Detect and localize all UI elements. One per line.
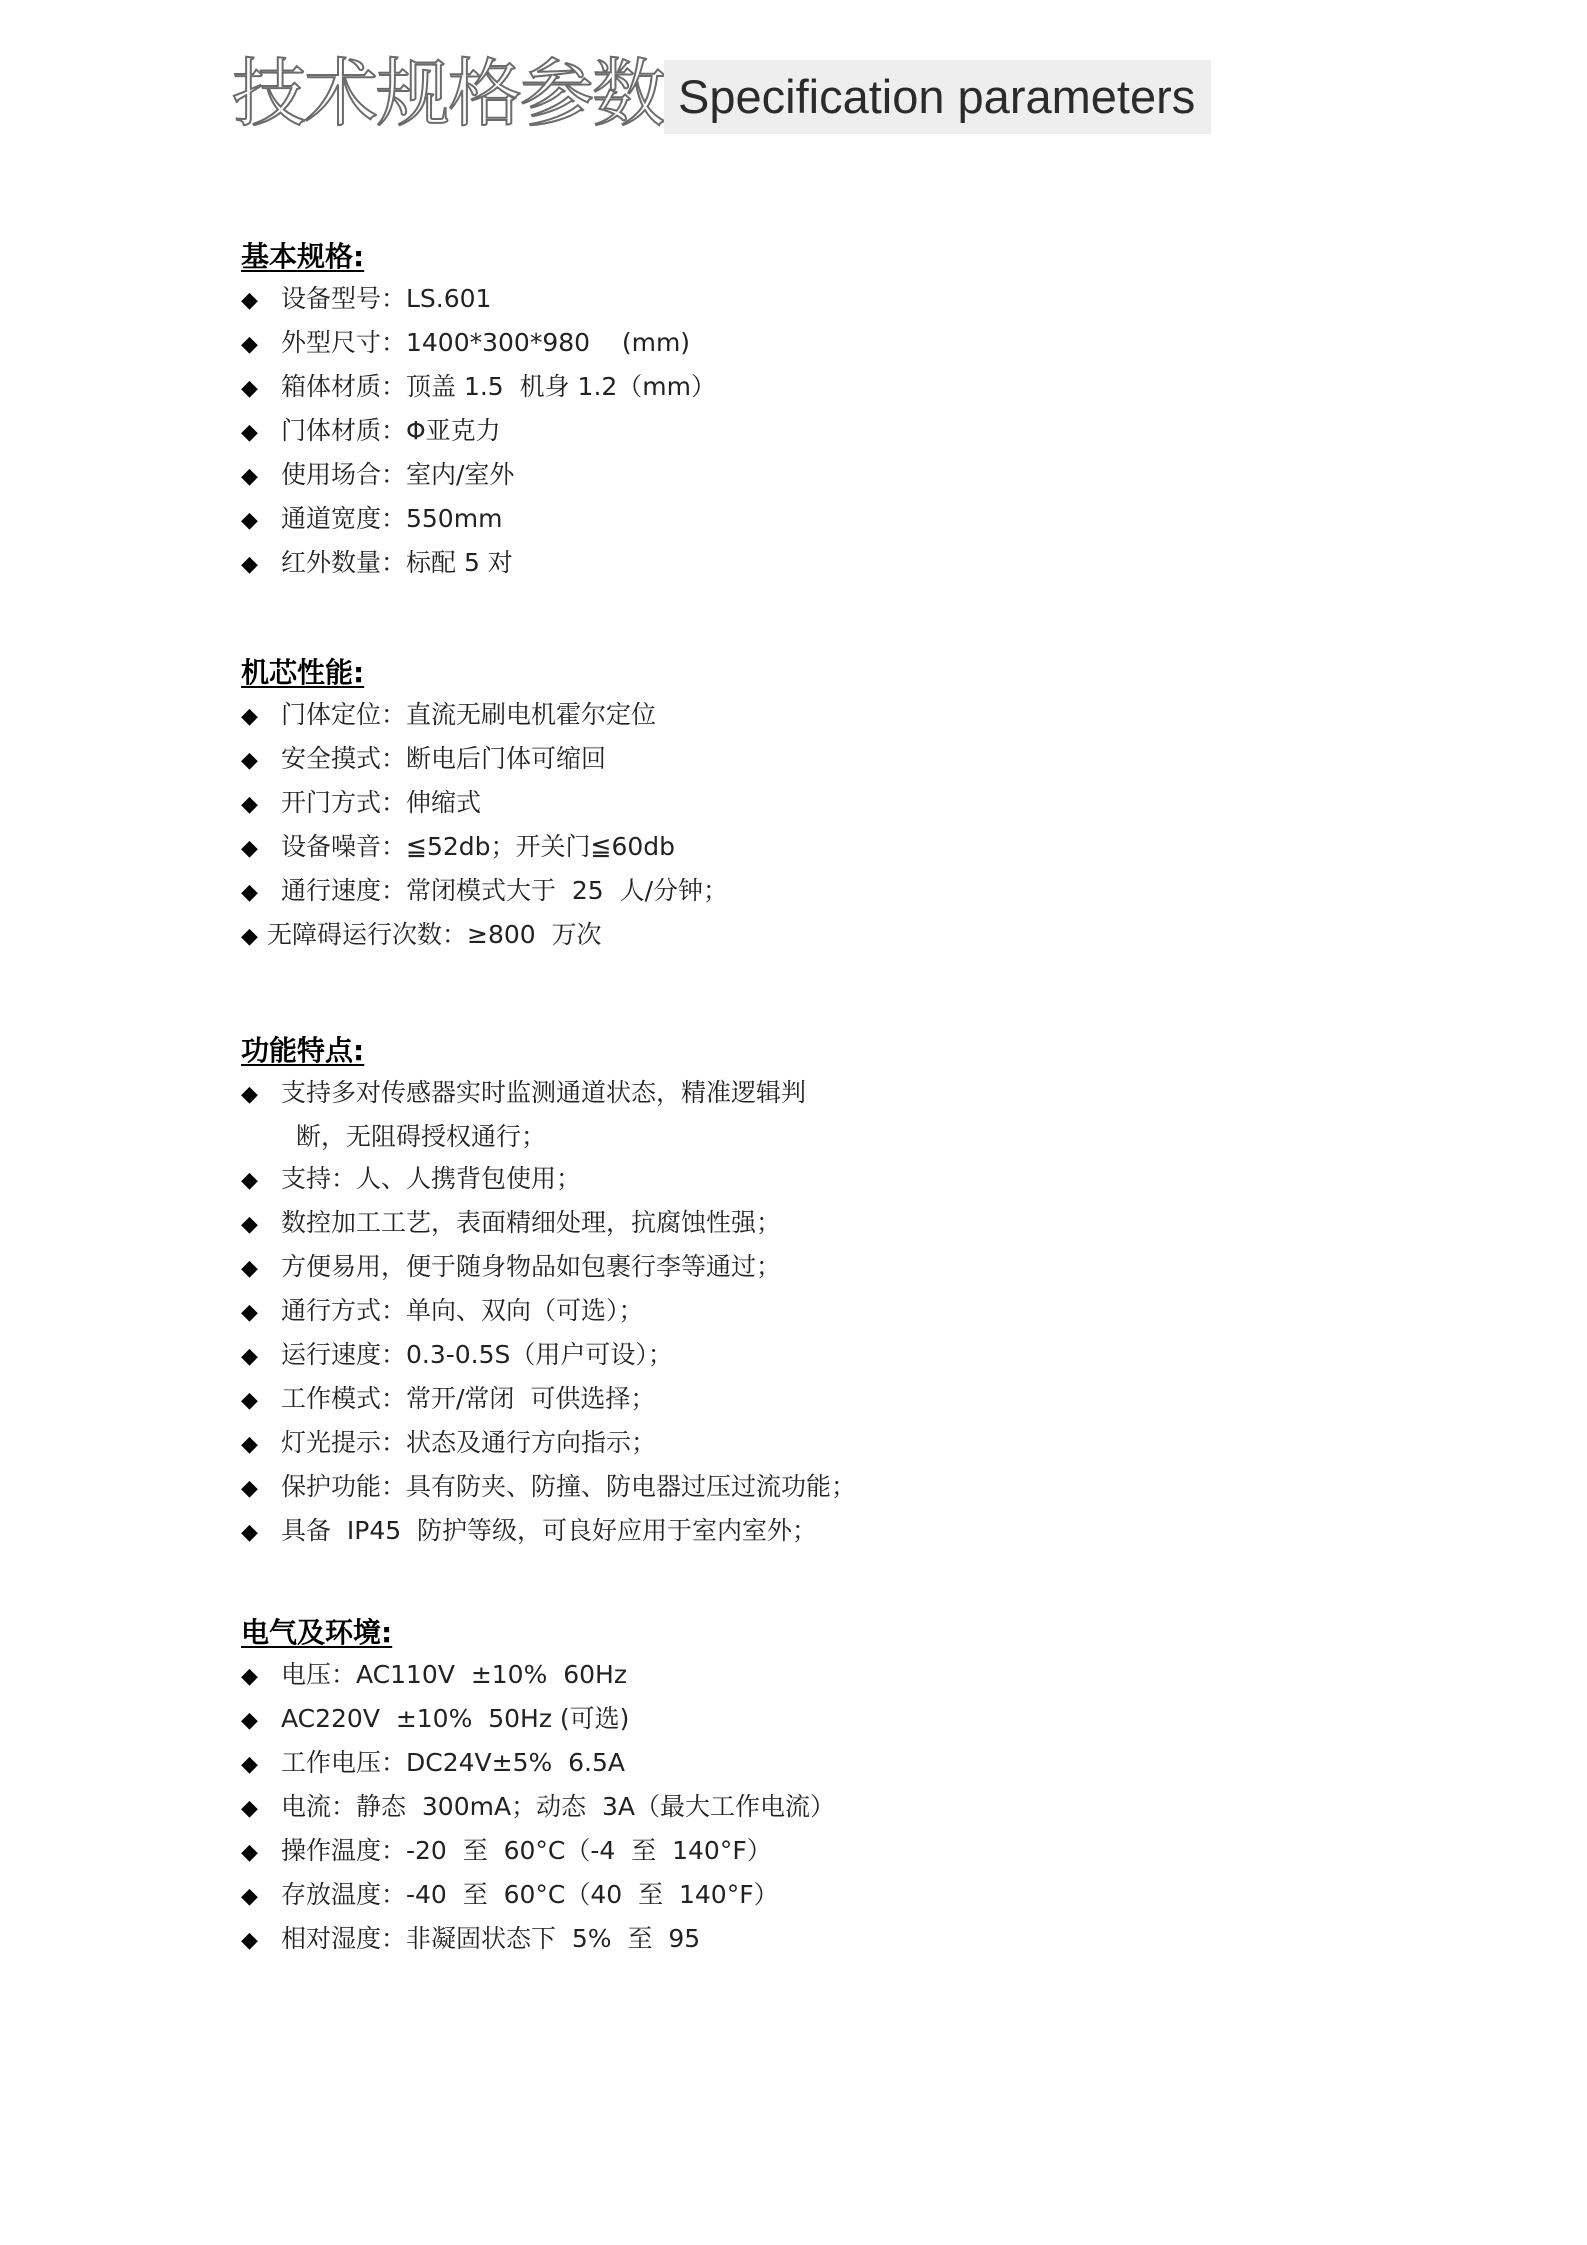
list-item: ◆运行速度：0.3-0.5S（用户可设）； — [241, 1334, 856, 1378]
diamond-bullet-icon: ◆ — [241, 1920, 281, 1962]
list-item: ◆通道宽度：550mm — [241, 498, 716, 542]
diamond-bullet-icon: ◆ — [241, 1468, 281, 1510]
diamond-bullet-icon: ◆ — [241, 1788, 281, 1830]
section-basic-specs: 基本规格: ◆设备型号：LS.601 ◆外型尺寸：1400*300*980 (m… — [241, 236, 716, 586]
diamond-bullet-icon: ◆ — [241, 1292, 281, 1334]
diamond-bullet-icon: ◆ — [241, 1700, 281, 1742]
diamond-bullet-icon: ◆ — [241, 740, 281, 782]
diamond-bullet-icon: ◆ — [241, 1248, 281, 1290]
diamond-bullet-icon: ◆ — [241, 500, 281, 542]
page-banner: 技术规格参数 Specification parameters — [232, 52, 1211, 136]
section-title: 功能特点: — [241, 1030, 856, 1072]
spec-list: ◆设备型号：LS.601 ◆外型尺寸：1400*300*980 (mm) ◆箱体… — [241, 278, 716, 586]
list-item: ◆通行方式：单向、双向（可选）； — [241, 1290, 856, 1334]
list-item: ◆工作电压：DC24V±5% 6.5A — [241, 1742, 835, 1786]
list-item: ◆门体材质：Φ亚克力 — [241, 410, 716, 454]
diamond-bullet-icon: ◆ — [241, 1512, 281, 1554]
diamond-bullet-icon: ◆ — [241, 1656, 281, 1698]
list-item: ◆灯光提示：状态及通行方向指示； — [241, 1422, 856, 1466]
diamond-bullet-icon: ◆ — [241, 696, 281, 738]
list-item: ◆无障碍运行次数：≥800 万次 — [241, 914, 728, 958]
section-core-performance: 机芯性能: ◆门体定位：直流无刷电机霍尔定位 ◆安全摸式：断电后门体可缩回 ◆开… — [241, 652, 728, 958]
diamond-bullet-icon: ◆ — [241, 784, 281, 826]
list-item: ◆设备型号：LS.601 — [241, 278, 716, 322]
diamond-bullet-icon: ◆ — [241, 1832, 281, 1874]
diamond-bullet-icon: ◆ — [241, 412, 281, 454]
list-item: ◆红外数量：标配 5 对 — [241, 542, 716, 586]
list-item-continuation: 断，无阻碍授权通行； — [241, 1116, 856, 1158]
list-item: ◆方便易用，便于随身物品如包裹行李等通过； — [241, 1246, 856, 1290]
spec-list: ◆门体定位：直流无刷电机霍尔定位 ◆安全摸式：断电后门体可缩回 ◆开门方式：伸缩… — [241, 694, 728, 958]
list-item: ◆使用场合：室内/室外 — [241, 454, 716, 498]
list-item: ◆电流：静态 300mA；动态 3A（最大工作电流） — [241, 1786, 835, 1830]
diamond-bullet-icon: ◆ — [241, 456, 281, 498]
section-electrical-environment: 电气及环境: ◆电压：AC110V ±10% 60Hz ◆AC220V ±10%… — [241, 1612, 835, 1962]
diamond-bullet-icon: ◆ — [241, 1744, 281, 1786]
list-item: ◆支持多对传感器实时监测通道状态，精准逻辑判 — [241, 1072, 856, 1116]
diamond-bullet-icon: ◆ — [241, 324, 281, 366]
diamond-bullet-icon: ◆ — [241, 1336, 281, 1378]
list-item: ◆操作温度：-20 至 60°C（-4 至 140°F） — [241, 1830, 835, 1874]
list-item: ◆开门方式：伸缩式 — [241, 782, 728, 826]
spec-list: ◆支持多对传感器实时监测通道状态，精准逻辑判 断，无阻碍授权通行； ◆支持：人、… — [241, 1072, 856, 1554]
diamond-bullet-icon: ◆ — [241, 1074, 281, 1116]
list-item: ◆门体定位：直流无刷电机霍尔定位 — [241, 694, 728, 738]
diamond-bullet-icon: ◆ — [241, 872, 281, 914]
diamond-bullet-icon: ◆ — [241, 1160, 281, 1202]
section-title: 机芯性能: — [241, 652, 728, 694]
banner-title-cn: 技术规格参数 — [232, 52, 664, 136]
diamond-bullet-icon: ◆ — [241, 916, 267, 958]
list-item: ◆电压：AC110V ±10% 60Hz — [241, 1654, 835, 1698]
list-item: ◆外型尺寸：1400*300*980 (mm) — [241, 322, 716, 366]
list-item: ◆安全摸式：断电后门体可缩回 — [241, 738, 728, 782]
diamond-bullet-icon: ◆ — [241, 1876, 281, 1918]
diamond-bullet-icon: ◆ — [241, 1424, 281, 1466]
diamond-bullet-icon: ◆ — [241, 368, 281, 410]
section-features: 功能特点: ◆支持多对传感器实时监测通道状态，精准逻辑判 断，无阻碍授权通行； … — [241, 1030, 856, 1554]
diamond-bullet-icon: ◆ — [241, 544, 281, 586]
list-item: ◆箱体材质：顶盖 1.5 机身 1.2（mm） — [241, 366, 716, 410]
list-item: ◆存放温度：-40 至 60°C（40 至 140°F） — [241, 1874, 835, 1918]
banner-title-en: Specification parameters — [664, 60, 1211, 134]
diamond-bullet-icon: ◆ — [241, 280, 281, 322]
list-item: ◆数控加工工艺，表面精细处理，抗腐蚀性强； — [241, 1202, 856, 1246]
list-item: ◆支持：人、人携背包使用； — [241, 1158, 856, 1202]
list-item: ◆具备 IP45 防护等级，可良好应用于室内室外； — [241, 1510, 856, 1554]
list-item: ◆工作模式：常开/常闭 可供选择； — [241, 1378, 856, 1422]
list-item: ◆保护功能：具有防夹、防撞、防电器过压过流功能； — [241, 1466, 856, 1510]
section-title: 基本规格: — [241, 236, 716, 278]
spec-list: ◆电压：AC110V ±10% 60Hz ◆AC220V ±10% 50Hz (… — [241, 1654, 835, 1962]
list-item: ◆AC220V ±10% 50Hz (可选) — [241, 1698, 835, 1742]
list-item: ◆通行速度：常闭模式大于 25 人/分钟； — [241, 870, 728, 914]
list-item: ◆相对湿度：非凝固状态下 5% 至 95 — [241, 1918, 835, 1962]
diamond-bullet-icon: ◆ — [241, 1380, 281, 1422]
diamond-bullet-icon: ◆ — [241, 1204, 281, 1246]
list-item: ◆设备噪音：≦52db；开关门≦60db — [241, 826, 728, 870]
section-title: 电气及环境: — [241, 1612, 835, 1654]
diamond-bullet-icon: ◆ — [241, 828, 281, 870]
